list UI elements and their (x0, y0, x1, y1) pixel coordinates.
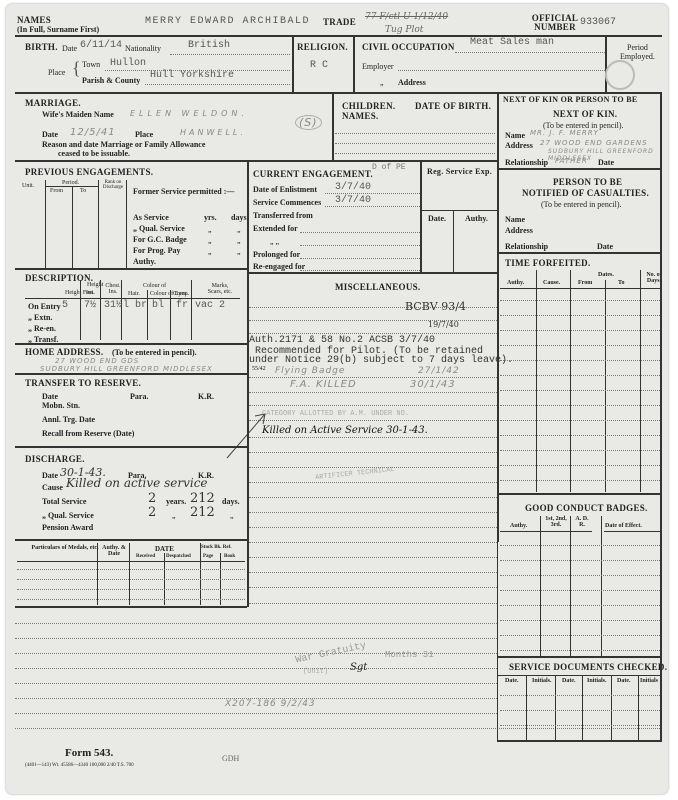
maiden-name-value: ELLEN WELDON. (130, 109, 248, 118)
transfer-para-label: Para. (130, 392, 148, 401)
miscellaneous-title: MISCELLANEOUS. (335, 282, 420, 292)
trade-label: TRADE (323, 17, 356, 27)
pension-award-label: Pension Award (42, 523, 93, 532)
print-line: (4401—143) Wt. 45586—4340 100,000 2/40 T… (25, 763, 134, 768)
nok-date-label: Date (598, 158, 614, 167)
desc-entry-feet: 5 (62, 300, 68, 311)
category-stamp: CATEGORY ALLOTTED BY A.M. UNDER NO. (262, 410, 409, 418)
misc-flying-date: 27/1/42 (418, 366, 460, 376)
desc-entry-ins: 7½ (84, 300, 96, 311)
recall-label: Recall from Reserve (Date) (42, 429, 134, 438)
prev-col-to: To (80, 188, 86, 194)
nok-relationship-value: FATHER (555, 157, 588, 165)
desc-entry-marks: vac 2 (195, 300, 225, 311)
discharge-cause-value: Killed on active service (66, 476, 208, 490)
prev-row-gc-badge: For G.C. Badge (133, 235, 187, 244)
children-dob-label: DATE OF BIRTH. (415, 101, 491, 111)
commences-value: 3/7/40 (335, 195, 371, 206)
reason-label: Reason and date Marriage or Family Allow… (42, 140, 205, 149)
sd-col-initials-3: Initials (640, 678, 658, 684)
tf-col-to: To (618, 280, 624, 286)
discharge-date-label: Date (42, 471, 58, 480)
misc-killed-date: 30/1/43 (410, 379, 456, 390)
misc-flying-prefix: 55/42 (252, 366, 266, 372)
names-label: NAMES (17, 15, 51, 25)
medals-col-received: Received (136, 554, 155, 559)
prev-col-rank: Rank on Discharge (100, 180, 126, 190)
town-label: Town (82, 60, 100, 69)
home-address-line-1: 27 WOOD END GDS (55, 357, 139, 365)
desc-col-comp: Comp. (173, 291, 189, 297)
misc-bcbv-date: 19/7/40 (428, 320, 459, 329)
reg-date-label: Date. (428, 214, 446, 223)
desc-entry-eyes: bl (152, 300, 164, 311)
period-employed-label: Period Employed. (615, 43, 660, 61)
previous-engagements-title: PREVIOUS ENGAGEMENTS. (25, 167, 153, 177)
reg-authy-label: Authy. (465, 214, 488, 223)
qual-service-days: 212 (190, 505, 215, 520)
sd-col-initials-1: Initials. (532, 678, 552, 684)
nationality-label: Nationality (125, 44, 161, 53)
stamp-circle (605, 60, 635, 90)
prev-row-prog-pay: For Prog. Pay (133, 246, 180, 255)
nok-name-value: MR. J. F. MERRY (530, 129, 599, 137)
transfer-reserve-title: TRANSFER TO RESERVE. (25, 378, 141, 388)
parish-value: Hull Yorkshire (150, 70, 234, 81)
nok-title: NEXT OF KIN. (553, 109, 617, 119)
transferred-label: Transferred from (253, 211, 313, 220)
prev-yrs-label: yrs. (204, 213, 217, 222)
official-number-label: OFFICIAL NUMBER (525, 14, 585, 32)
prev-col-unit: Unit. (22, 183, 34, 189)
employer-label: Employer (362, 62, 394, 71)
desc-row-extn: „ Extn. (28, 313, 52, 322)
transfer-date-label: Date (42, 392, 58, 401)
casualties-name-label: Name (505, 215, 525, 224)
civil-occupation-label: CIVIL OCCUPATION (362, 42, 455, 52)
trade-value: Tug Plot (385, 25, 423, 35)
prev-days-label: days (231, 213, 247, 222)
time-forfeited-title: TIME FORFEITED. (505, 258, 591, 268)
names-value: MERRY EDWARD ARCHIBALD (145, 16, 310, 27)
nok-relationship-label: Relationship (505, 158, 548, 167)
nationality-value: British (188, 40, 230, 51)
enlistment-value: 3/7/40 (335, 182, 371, 193)
total-service-label: Total Service (42, 497, 86, 506)
gc-col-adr: A. D. R. (572, 516, 592, 528)
reengaged-label: Re-engaged for (253, 262, 305, 271)
total-service-days: 212 (190, 491, 215, 506)
desc-row-reen: „ Re-en. (28, 324, 56, 333)
desc-entry-hair: l br (123, 300, 147, 311)
total-service-years: 2 (148, 491, 156, 506)
prev-row-authy: Authy. (133, 257, 156, 266)
medals-col-book: Book (224, 554, 235, 559)
misc-flying-badge: Flying Badge (275, 366, 345, 376)
birth-date-label: Date (62, 44, 77, 53)
children-names-label: CHILDREN. NAMES. (342, 101, 392, 121)
home-address-title: HOME ADDRESS. (25, 347, 103, 357)
casualties-title-1: PERSON TO BE (553, 177, 622, 187)
medals-col-page: Page (203, 554, 213, 559)
years-label: years. (166, 497, 186, 506)
sd-col-date-3: Date. (617, 678, 631, 684)
sd-col-initials-2: Initials. (587, 678, 607, 684)
desc-col-ins: Ins. (86, 290, 95, 296)
home-address-sub: (To be entered in pencil). (112, 348, 197, 357)
tf-col-from: From (578, 280, 592, 286)
discharge-cause-label: Cause (42, 483, 63, 492)
medals-col-particulars: Particulars of Medals, etc. (30, 545, 100, 551)
misc-killed-line: F.A. KILLED (290, 379, 357, 390)
prev-row-as-service: As Service (133, 213, 169, 222)
extended-label: Extended for (253, 224, 298, 233)
reason-label-2: ceased to be issuable. (58, 149, 130, 158)
tf-col-dates: Dates. (598, 272, 614, 278)
gratuity-unit-stamp: (Unit) (303, 668, 328, 676)
home-address-line-2: SUDBURY HILL GREENFORD MIDDLESEX (40, 365, 213, 373)
days-label: days. (222, 497, 240, 506)
civil-address-label: Address (398, 78, 426, 87)
casualties-date-label: Date (597, 242, 613, 251)
misc-rec-line-2: under Notice 29(b) subject to 7 days lea… (249, 355, 513, 366)
gratuity-signature: Sgt (350, 662, 367, 673)
medals-col-date: DATE (155, 545, 174, 553)
reg-service-title: Reg. Service Exp. (427, 167, 492, 176)
trade-struck-value: 77 F/ctl U 1/12/40 (365, 12, 448, 22)
tf-col-cause: Cause. (543, 280, 560, 286)
gratuity-months: Months 31 (385, 650, 434, 660)
prev-row-qual: „ Qual. Service (133, 224, 185, 233)
casualties-address-label: Address (505, 226, 533, 235)
prev-col-from: From (50, 188, 63, 194)
casualties-title-2: NOTIFIED OF CASUALTIES. (522, 188, 649, 198)
maiden-name-label: Wife's Maiden Name (42, 110, 114, 119)
nok-address-label: Address (505, 141, 533, 150)
medals-col-stock: Stock Bk. Ref. (201, 545, 232, 550)
gc-col-authy: Authy. (510, 523, 527, 529)
desc-colour-group: Colour of (143, 283, 166, 289)
annl-label: Annl. Trg. Date (42, 415, 95, 424)
names-sublabel: (In Full, Surname First) (17, 25, 99, 34)
birth-label: BIRTH. (25, 42, 58, 52)
current-engagement-title: CURRENT ENGAGEMENT. (253, 169, 373, 179)
mobn-label: Mobn. Stn. (42, 401, 80, 410)
form-number: Form 543. (65, 747, 113, 759)
gc-col-date-of-effect: Date of Effect. (605, 523, 642, 529)
description-title: DESCRIPTION. (25, 273, 93, 283)
sd-col-date-2: Date. (562, 678, 576, 684)
misc-ref-line: X207-186 9/2/43 (225, 699, 316, 709)
desc-row-on-entry: On Entry (28, 302, 61, 311)
birth-date-value: 6/11/14 (80, 40, 122, 51)
former-service-label: Former Service permitted :— (133, 187, 234, 196)
extended-ditto: „ „ (270, 237, 279, 246)
service-docs-title: SERVICE DOCUMENTS CHECKED. (509, 662, 667, 672)
desc-col-chest: Chest. Ins. (104, 283, 122, 295)
medals-col-despatched: Despatched (166, 554, 191, 559)
address-ditto: „ (380, 78, 384, 87)
marriage-note: (S) (295, 115, 322, 130)
nok-name-label: Name (505, 131, 525, 140)
good-conduct-title: GOOD CONDUCT BADGES. (525, 503, 648, 513)
gc-col-ordinal: 1st, 2nd, 3rd. (542, 516, 570, 528)
place-label: Place (48, 68, 65, 77)
town-value: Hullon (110, 58, 146, 69)
civil-occupation-value: Meat Sales man (470, 37, 554, 48)
medals-col-authy: Authy. & Date (99, 545, 129, 557)
casualties-sub: (To be entered in pencil). (541, 200, 622, 209)
misc-bcbv: BCBV 93/4 (405, 300, 466, 313)
qual-service-label: „ Qual. Service (42, 511, 94, 520)
tf-col-authy: Authy. (507, 280, 524, 286)
marriage-label: MARRIAGE. (25, 98, 81, 108)
marriage-place-label: Place (135, 130, 153, 139)
desc-entry-comp: fr (176, 300, 188, 311)
misc-auth-line: Auth.2171 & 58 No.2 ACSB 3/7/40 (249, 335, 435, 346)
misc-kas-line: Killed on Active Service 30-1-43. (262, 425, 428, 436)
marriage-date-value: 12/5/41 (70, 127, 116, 138)
qual-service-years: 2 (148, 505, 156, 520)
commences-label: Service Commences (253, 198, 321, 207)
transfer-kr-label: K.R. (198, 392, 214, 401)
marriage-date-label: Date (42, 130, 58, 139)
desc-col-hair: Hair. (128, 291, 140, 297)
prolonged-label: Prolonged for (253, 250, 300, 259)
official-number-value: 933067 (580, 17, 616, 28)
marriage-place-value: HANWELL. (180, 128, 246, 137)
gdh-mark: GDH (222, 754, 239, 763)
enlistment-label: Date of Enlistment (253, 185, 317, 194)
desc-col-marks: Marks, Scars, etc. (205, 283, 235, 295)
sd-col-date-1: Date. (505, 678, 519, 684)
nok-address-value: 27 WOOD END GARDENS (540, 139, 648, 147)
desc-entry-chest: 31½ (104, 300, 122, 311)
casualties-relationship-label: Relationship (505, 242, 548, 251)
nok-overflow-title: NEXT OF KIN OR PERSON TO BE (503, 95, 638, 104)
parish-label: Parish & County (82, 76, 140, 85)
religion-label: RELIGION. (297, 42, 348, 52)
religion-value: R C (310, 60, 328, 71)
discharge-title: DISCHARGE. (25, 454, 85, 464)
d-of-pe-stamp: D of PE (372, 163, 406, 172)
